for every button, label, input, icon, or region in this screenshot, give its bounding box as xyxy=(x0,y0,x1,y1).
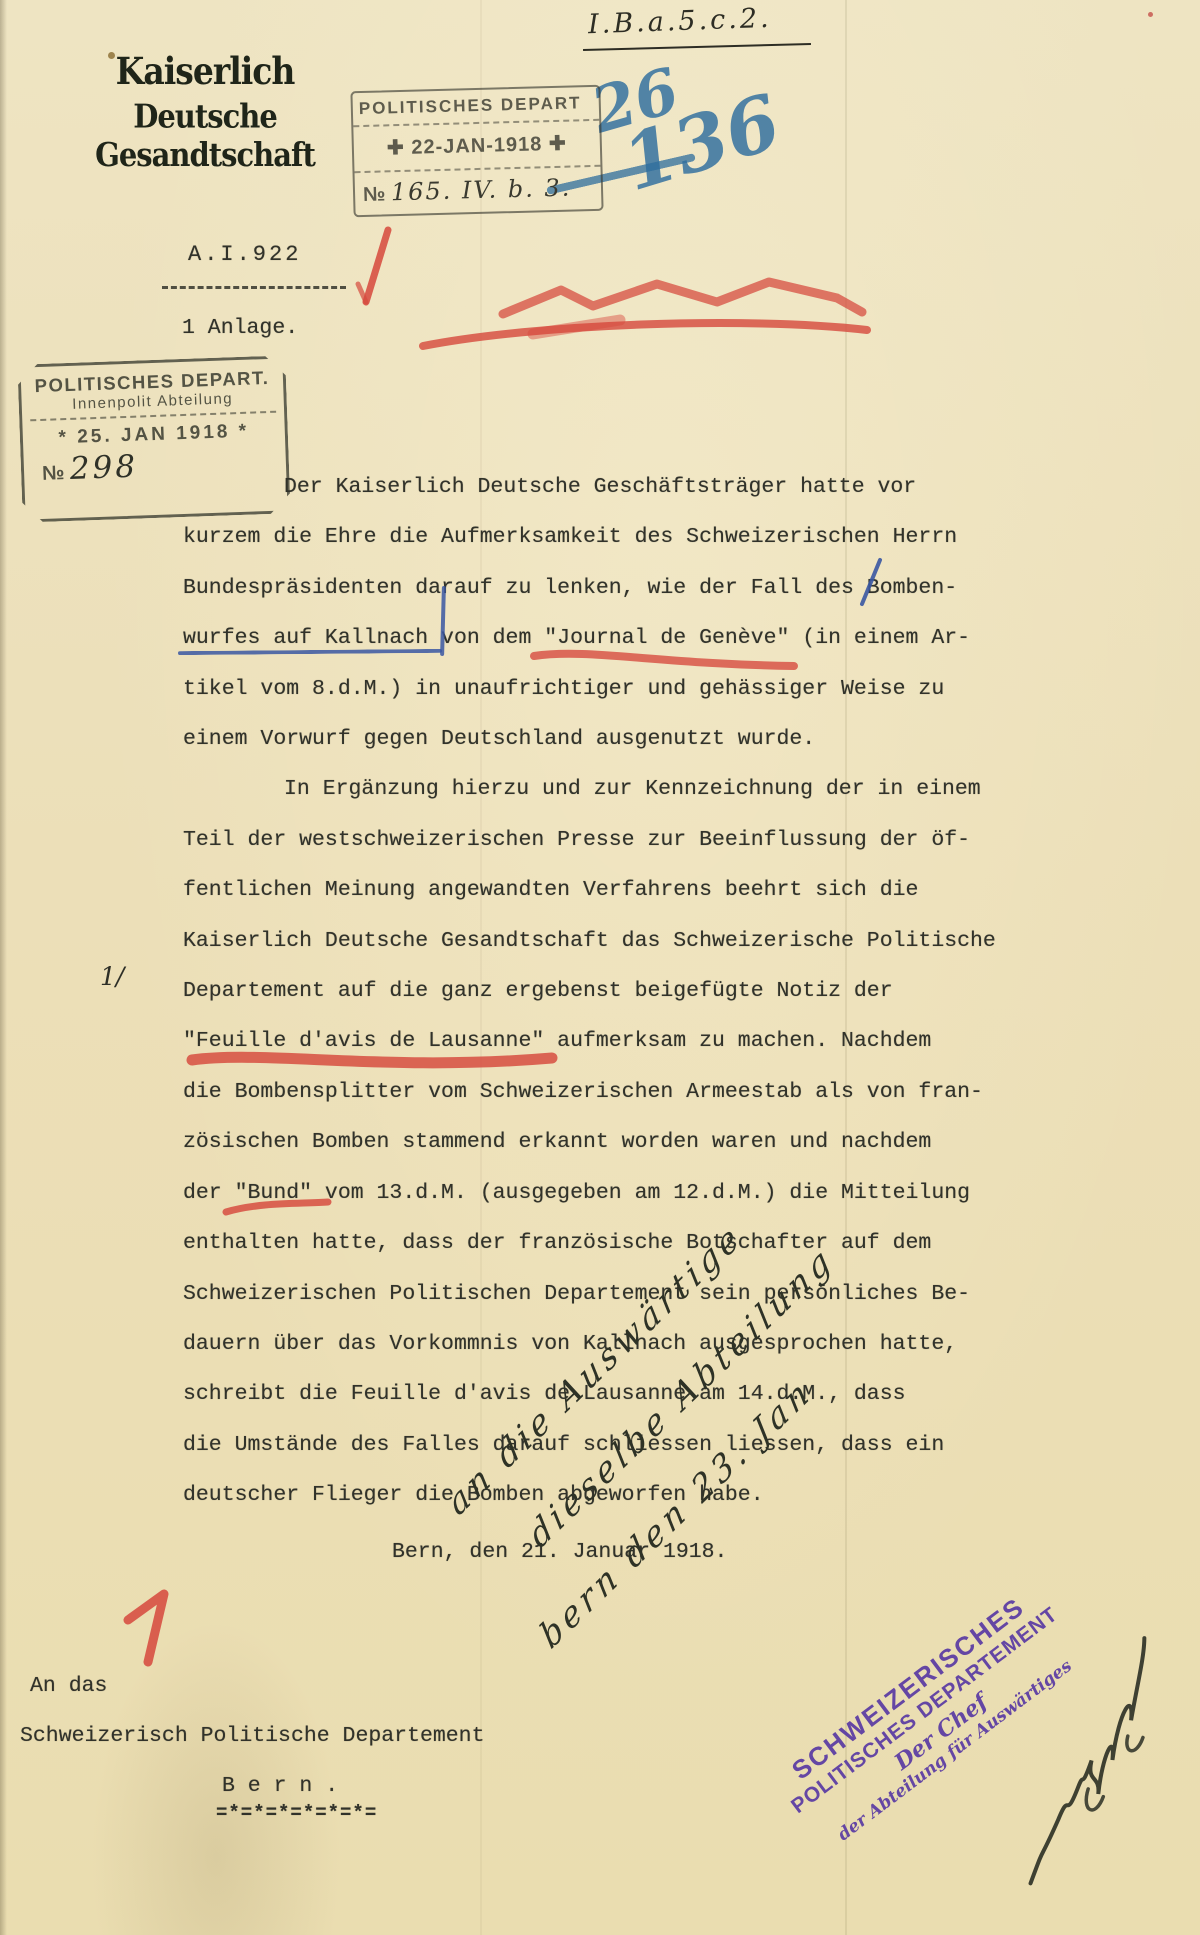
letterhead: Kaiserlich Deutsche Gesandtschaft xyxy=(50,49,360,173)
reference-number-underline xyxy=(162,286,346,289)
red-check-mark xyxy=(348,226,400,308)
body-line: Teil der westschweizerischen Presse zur … xyxy=(183,815,996,865)
receipt-stamp-date-row: ✚ 22-JAN-1918 ✚ xyxy=(353,121,600,173)
numero-sign: № xyxy=(42,462,65,485)
body-line: fentlichen Meinung angewandten Verfahren… xyxy=(183,865,996,915)
address-city: B e r n . xyxy=(222,1774,338,1798)
red-underline-feuille xyxy=(186,1046,560,1080)
blue-ink-slash xyxy=(852,556,888,608)
enclosure-margin-mark: 1/ xyxy=(100,962,124,991)
handwritten-file-reference: I.B.a.5.c.2. xyxy=(588,3,773,40)
red-speck xyxy=(1148,12,1153,17)
body-line: In Ergänzung hierzu und zur Kennzeichnun… xyxy=(183,764,996,814)
body-line: Kaiserlich Deutsche Gesandtschaft das Sc… xyxy=(183,916,996,966)
swiss-cross-icon: ✚ xyxy=(387,137,405,159)
receipt-stamp-number: 165. IV. b. 3. xyxy=(391,174,572,207)
receipt-stamp: POLITISCHES DEPART ✚ 22-JAN-1918 ✚ № 165… xyxy=(350,85,603,218)
letterhead-line2: Deutsche Gesandtschaft xyxy=(50,98,360,174)
red-underline-journal xyxy=(528,646,800,678)
department-stamp-number: 298 xyxy=(69,449,138,487)
red-tally-mark xyxy=(114,1586,192,1670)
reference-number: A.I.922 xyxy=(188,242,301,267)
body-line: Der Kaiserlich Deutsche Geschäftsträger … xyxy=(183,462,996,512)
file-reference-underline xyxy=(583,43,811,51)
receipt-stamp-number-row: № 165. IV. b. 3. xyxy=(355,167,602,213)
body-line: einem Vorwurf gegen Deutschland ausgenut… xyxy=(183,714,996,764)
address-line1: An das xyxy=(30,1674,107,1698)
swiss-cross-icon: ✚ xyxy=(549,133,567,155)
red-underline-bund xyxy=(220,1196,334,1220)
address-line2: Schweizerisch Politische Departement xyxy=(20,1724,484,1748)
letterhead-line1: Kaiserlich xyxy=(50,49,360,93)
numero-sign: № xyxy=(363,183,386,206)
address-underline: =*=*=*=*=*=*= xyxy=(216,1802,377,1824)
receipt-stamp-date: 22-JAN-1918 xyxy=(411,133,543,158)
enclosure-note: 1 Anlage. xyxy=(182,316,298,340)
body-line: Departement auf die ganz ergebenst beige… xyxy=(183,966,996,1016)
red-crayon-scribble xyxy=(415,270,885,366)
document-page: I.B.a.5.c.2. 26 136 Kaiserlich Deutsche … xyxy=(0,0,1200,1935)
